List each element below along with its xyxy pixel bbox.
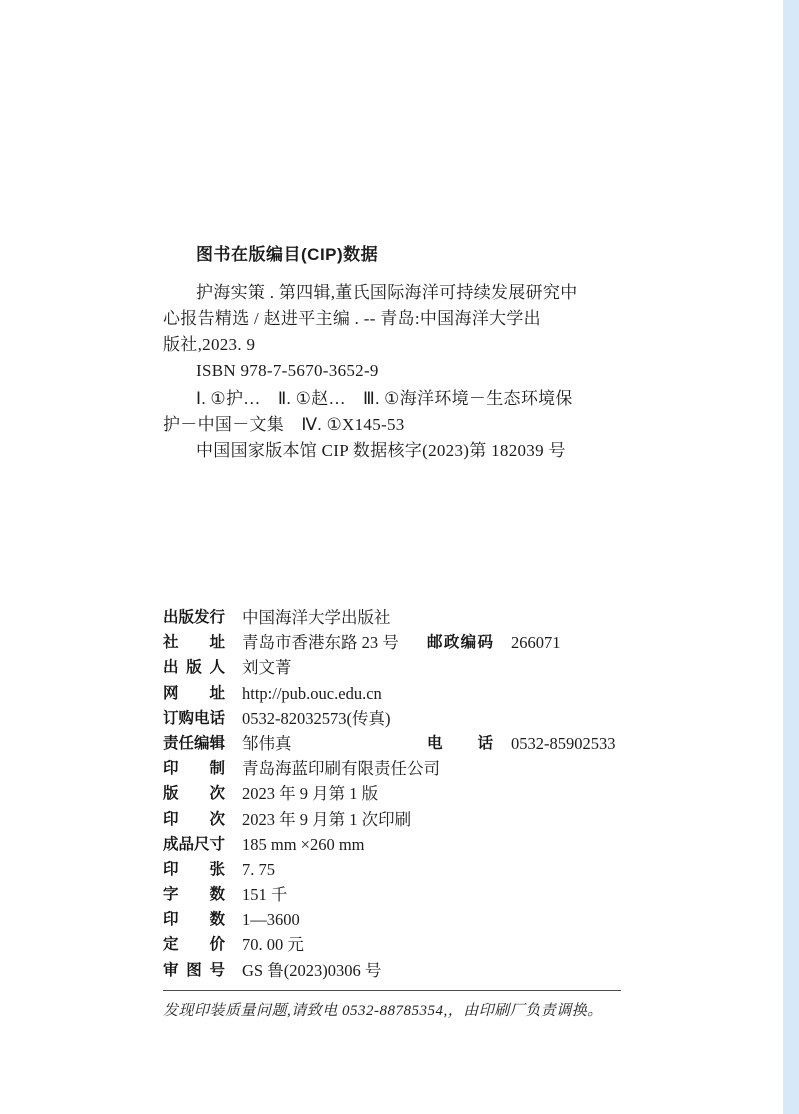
row-value: 邹伟真 bbox=[242, 731, 292, 756]
cip-header: 图书在版编目(CIP)数据 bbox=[196, 242, 633, 268]
colophon-table: 出版发行 中国海洋大学出版社 社址 青岛市香港东路 23 号 邮政编码 2660… bbox=[163, 605, 723, 983]
colophon-row-print-run: 印数 1—3600 bbox=[163, 907, 723, 932]
row-label: 出版发行 bbox=[163, 605, 225, 630]
page-edge-strip bbox=[783, 0, 799, 1114]
row-label: 网址 bbox=[163, 681, 225, 706]
row-label: 定价 bbox=[163, 932, 225, 957]
row-value: 0532-82032573(传真) bbox=[242, 706, 390, 731]
row-value-url: http://pub.ouc.edu.cn bbox=[242, 681, 382, 706]
colophon-row-editor: 责任编辑 邹伟真 电话 0532-85902533 bbox=[163, 731, 723, 756]
print-quality-notice: 发现印装质量问题,请致电 0532-88785354,，由印刷厂负责调换。 bbox=[163, 998, 603, 1024]
row-label-phone: 电话 bbox=[427, 731, 493, 756]
row-value: 青岛市香港东路 23 号 bbox=[242, 630, 399, 655]
row-value: 刘文菁 bbox=[242, 655, 292, 680]
colophon-row-edition: 版次 2023 年 9 月第 1 版 bbox=[163, 781, 723, 806]
colophon-row-price: 定价 70. 00 元 bbox=[163, 932, 723, 957]
row-value: 70. 00 元 bbox=[242, 932, 304, 957]
row-label: 成品尺寸 bbox=[163, 832, 225, 857]
colophon-row-word-count: 字数 151 千 bbox=[163, 882, 723, 907]
row-value: 1—3600 bbox=[242, 907, 300, 932]
row-label: 印制 bbox=[163, 756, 225, 781]
colophon-row-sheets: 印张 7. 75 bbox=[163, 857, 723, 882]
row-label: 出版人 bbox=[163, 655, 225, 680]
row-label: 社址 bbox=[163, 630, 225, 655]
row-label: 印次 bbox=[163, 807, 225, 832]
colophon-row-publisher-person: 出版人 刘文菁 bbox=[163, 655, 723, 680]
row-label: 责任编辑 bbox=[163, 731, 225, 756]
colophon-row-map-approval: 审图号 GS 鲁(2023)0306 号 bbox=[163, 958, 723, 983]
row-label-postcode: 邮政编码 bbox=[427, 630, 493, 655]
cip-record-number: 中国国家版本馆 CIP 数据核字(2023)第 182039 号 bbox=[196, 438, 633, 464]
colophon-row-impression: 印次 2023 年 9 月第 1 次印刷 bbox=[163, 807, 723, 832]
row-label: 字数 bbox=[163, 882, 225, 907]
row-value: 151 千 bbox=[242, 882, 287, 907]
colophon-row-address: 社址 青岛市香港东路 23 号 邮政编码 266071 bbox=[163, 630, 723, 655]
row-value: 7. 75 bbox=[242, 857, 275, 882]
book-copyright-page: 图书在版编目(CIP)数据 护海实策 . 第四辑,董氏国际海洋可持续发展研究中 … bbox=[0, 0, 799, 1114]
colophon-row-website: 网址 http://pub.ouc.edu.cn bbox=[163, 681, 723, 706]
cip-description-line-1: 护海实策 . 第四辑,董氏国际海洋可持续发展研究中 bbox=[196, 280, 633, 306]
colophon-row-publisher: 出版发行 中国海洋大学出版社 bbox=[163, 605, 723, 630]
cip-data-block: 图书在版编目(CIP)数据 护海实策 . 第四辑,董氏国际海洋可持续发展研究中 … bbox=[163, 242, 633, 464]
colophon-row-printer: 印制 青岛海蓝印刷有限责任公司 bbox=[163, 756, 723, 781]
row-value: 185 mm ×260 mm bbox=[242, 832, 365, 857]
row-value-phone: 0532-85902533 bbox=[511, 731, 616, 756]
row-label: 审图号 bbox=[163, 958, 225, 983]
row-value-postcode: 266071 bbox=[511, 630, 561, 655]
row-label: 订购电话 bbox=[163, 706, 225, 731]
row-label: 印张 bbox=[163, 857, 225, 882]
row-label: 印数 bbox=[163, 907, 225, 932]
footer-divider bbox=[163, 990, 621, 991]
row-value: 2023 年 9 月第 1 次印刷 bbox=[242, 807, 411, 832]
isbn-line: ISBN 978-7-5670-3652-9 bbox=[196, 358, 633, 384]
cip-description-line-2: 心报告精选 / 赵进平主编 . -- 青岛:中国海洋大学出 bbox=[163, 306, 633, 332]
cip-classification-line-2: 护－中国－文集 Ⅳ. ①X145-53 bbox=[163, 412, 633, 438]
row-label: 版次 bbox=[163, 781, 225, 806]
row-value: 青岛海蓝印刷有限责任公司 bbox=[242, 756, 440, 781]
colophon-row-order-phone: 订购电话 0532-82032573(传真) bbox=[163, 706, 723, 731]
row-value: 2023 年 9 月第 1 版 bbox=[242, 781, 378, 806]
colophon-row-size: 成品尺寸 185 mm ×260 mm bbox=[163, 832, 723, 857]
cip-description-line-3: 版社,2023. 9 bbox=[163, 332, 633, 358]
row-value: GS 鲁(2023)0306 号 bbox=[242, 958, 381, 983]
row-value: 中国海洋大学出版社 bbox=[242, 605, 391, 630]
cip-classification-line-1: Ⅰ. ①护… Ⅱ. ①赵… Ⅲ. ①海洋环境－生态环境保 bbox=[196, 386, 633, 412]
